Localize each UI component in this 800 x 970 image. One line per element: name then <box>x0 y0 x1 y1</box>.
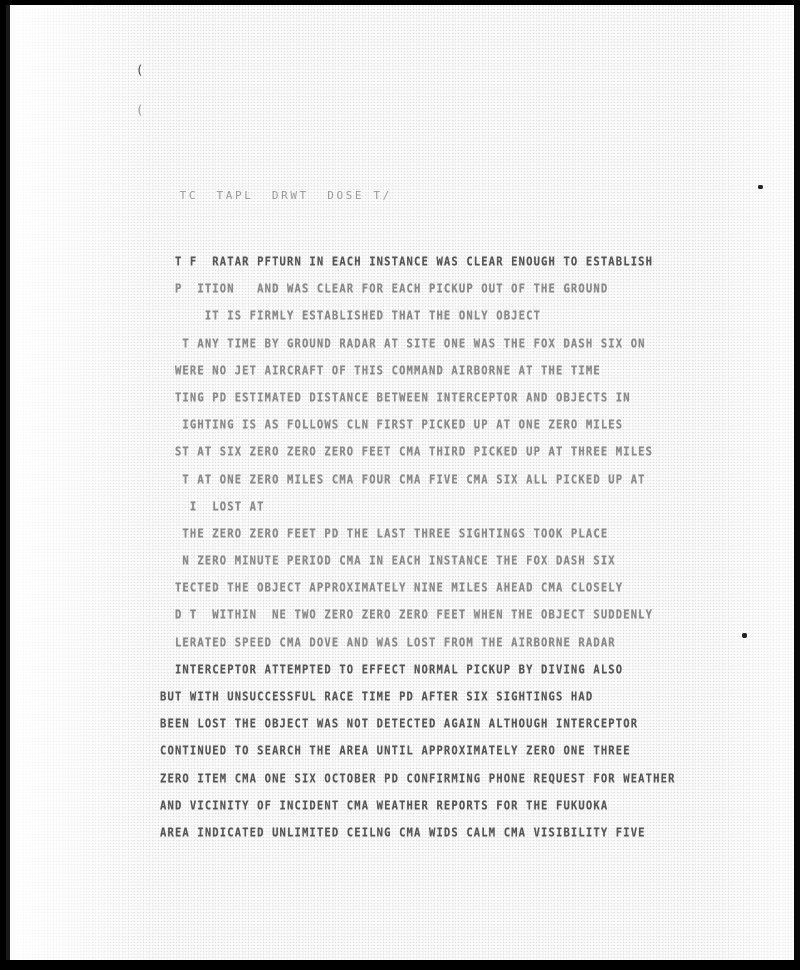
margin-mark: ( <box>136 65 139 75</box>
message-header: TC TAPL DRWT DOSE T/ <box>152 189 392 202</box>
speck-mark <box>758 185 763 189</box>
text-line: CONTINUED TO SEARCH THE AREA UNTIL APPRO… <box>160 736 760 767</box>
text-line: ST AT SIX ZERO ZERO ZERO FEET CMA THIRD … <box>160 437 760 468</box>
text-line: AREA INDICATED UNLIMITED CEILNG CMA WIDS… <box>160 818 760 849</box>
message-body: T F RATAR PFTURN IN EACH INSTANCE WAS CL… <box>160 249 760 847</box>
text-line: IT IS FIRMLY ESTABLISHED THAT THE ONLY O… <box>160 301 760 332</box>
scanned-page: ( ( TC TAPL DRWT DOSE T/ T F RATAR PFTUR… <box>6 5 800 960</box>
margin-mark: ( <box>136 105 139 115</box>
